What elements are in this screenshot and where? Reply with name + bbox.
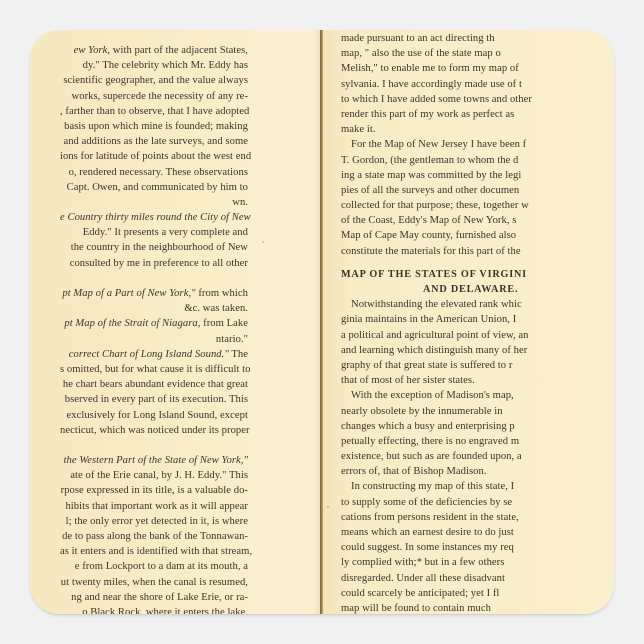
section-heading: MAP OF THE STATES OF VIRGINI <box>341 267 532 282</box>
text-line: ew York, with part of the adjacent State… <box>60 43 248 58</box>
italic-title: the Western Part of the State of New Yor… <box>64 455 248 466</box>
text-line: &c. was taken. <box>60 301 248 316</box>
text-line: o, rendered necessary. These observation… <box>60 165 248 180</box>
text-line: bserved in every part of its execution. … <box>60 392 248 407</box>
text-line: existence, but such as are founded upon,… <box>341 449 532 464</box>
text-line: errors of, that of Bishop Madison. <box>341 464 532 479</box>
text-line: a political and agricultural point of vi… <box>341 328 532 343</box>
text-line: Eddy." It presents a very complete and <box>60 225 248 240</box>
text-line: map, " also the use of the state map o <box>341 46 532 61</box>
text-line: ly complied with;* but in a few others <box>341 555 532 570</box>
text-line: ut twenty miles, when the canal is resum… <box>60 575 248 590</box>
text-line: the country in the neighbourhood of New <box>60 240 248 255</box>
left-page-margin <box>250 30 320 614</box>
text-line: For the Map of New Jersey I have been f <box>341 137 532 152</box>
text-line: e from Lockport to a dam at its mouth, a <box>60 559 248 574</box>
italic-title: correct Chart of Long Island Sound." <box>69 349 229 360</box>
text-line: dy." The celebrity which Mr. Eddy has <box>60 58 248 73</box>
section-heading-continued: AND DELAWARE. <box>341 282 532 297</box>
spacer <box>341 259 532 267</box>
text-line: ntario." <box>60 332 248 347</box>
text-line: to which I have added some towns and oth… <box>341 92 532 107</box>
text-line: ng and near the shore of Lake Erie, or r… <box>60 590 248 605</box>
text-line: T. Gordon, (the gentleman to whom the d <box>341 153 532 168</box>
paper-speck <box>327 506 329 508</box>
text-line: Melish," to enable me to form my map of <box>341 61 532 76</box>
text-line: ginia maintains in the American Union, I <box>341 312 532 327</box>
text-line: cations from persons resident in the sta… <box>341 510 532 525</box>
text-line: render this part of my work as perfect a… <box>341 107 532 122</box>
text-line: scientific geographer, and the value alw… <box>60 73 248 88</box>
italic-title: ew York, <box>74 45 111 56</box>
text-line: sylvania. I have accordingly made use of… <box>341 77 532 92</box>
text-line <box>60 271 248 286</box>
text-line: the Western Part of the State of New Yor… <box>60 453 248 468</box>
text-line: Map of Cape May county, furnished also <box>341 228 532 243</box>
text-line: made pursuant to an act directing th <box>341 31 532 46</box>
paper-speck <box>262 241 264 243</box>
text-line: necticut, which was noticed under its pr… <box>60 423 248 438</box>
text-line: pt Map of the Strait of Niagara, from La… <box>60 316 248 331</box>
text-line: of the Coast, Eddy's Map of New York, s <box>341 213 532 228</box>
text-line: consulted by me in preference to all oth… <box>60 256 248 271</box>
text-line: ions for latitude of points about the we… <box>60 149 248 164</box>
right-page: made pursuant to an act directing thmap,… <box>323 30 614 614</box>
text-line: pt Map of a Part of New York," from whic… <box>60 286 248 301</box>
text-line: With the exception of Madison's map, <box>341 388 532 403</box>
text-line: and additions as the late surveys, and s… <box>60 134 248 149</box>
text-line: correct Chart of Long Island Sound." The <box>60 347 248 362</box>
text-line: basis upon which mine is founded; making <box>60 119 248 134</box>
text-line: as it enters and is identified with that… <box>60 544 248 559</box>
text-line: make it. <box>341 122 532 137</box>
text-line: constitute the materials for this part o… <box>341 244 532 259</box>
text-line: petually effecting, there is no engraved… <box>341 434 532 449</box>
text-line: to supply some of the deficiencies by se <box>341 495 532 510</box>
text-line: e Country thirty miles round the City of… <box>60 210 248 225</box>
text-line: hibits that important work as it will ap… <box>60 499 248 514</box>
text-line: works, supercede the necessity of any re… <box>60 89 248 104</box>
text-line: that of most of her sister states. <box>341 373 532 388</box>
italic-title: e Country thirty miles round the City of… <box>60 212 251 223</box>
text-line: pies of all the surveys and other docume… <box>341 183 532 198</box>
text-line: could suggest. In some instances my req <box>341 540 532 555</box>
left-page-text: ew York, with part of the adjacent State… <box>60 43 248 614</box>
text-line: o Black Rock, where it enters the lake. <box>60 605 248 614</box>
text-line: l; the only error yet detected in it, is… <box>60 514 248 529</box>
text-line <box>60 438 248 453</box>
text-line: ing a state map was committed by the leg… <box>341 168 532 183</box>
text-line: disregarded. Under all these disadvant <box>341 571 532 586</box>
text-line: rpose expressed in its title, is a valua… <box>60 483 248 498</box>
right-page-text: made pursuant to an act directing thmap,… <box>341 31 532 614</box>
text-line: Capt. Owen, and communicated by him to <box>60 180 248 195</box>
text-line: Notwithstanding the elevated rank whic <box>341 297 532 312</box>
text-line: means which an earnest desire to do just <box>341 525 532 540</box>
text-line: and learning which distinguish many of h… <box>341 343 532 358</box>
text-line: map will be found to contain much <box>341 601 532 614</box>
italic-title: pt Map of a Part of New York," <box>62 288 195 299</box>
text-line: collected for that purpose; these, toget… <box>341 198 532 213</box>
text-line: In constructing my map of this state, I <box>341 479 532 494</box>
text-line: nearly obsolete by the innumerable in <box>341 404 532 419</box>
left-page: ew York, with part of the adjacent State… <box>30 30 320 614</box>
text-line: ate of the Erie canal, by J. H. Eddy." T… <box>60 468 248 483</box>
text-line: changes which a busy and enterprising p <box>341 419 532 434</box>
text-line: could scarcely be anticipated; yet I fl <box>341 586 532 601</box>
text-line: exclusively for Long Island Sound, excep… <box>60 408 248 423</box>
book-spread-card: ew York, with part of the adjacent State… <box>30 30 614 614</box>
text-line: , farther than to observe, that I have a… <box>60 104 248 119</box>
text-line: de to pass along the bank of the Tonnawa… <box>60 529 248 544</box>
text-line: graphy of that great state is suffered t… <box>341 358 532 373</box>
text-line: s omitted, but for what cause it is diff… <box>60 362 248 377</box>
text-line: he chart bears abundant evidence that gr… <box>60 377 248 392</box>
text-line: wn. <box>60 195 248 210</box>
italic-title: pt Map of the Strait of Niagara, <box>64 318 200 329</box>
